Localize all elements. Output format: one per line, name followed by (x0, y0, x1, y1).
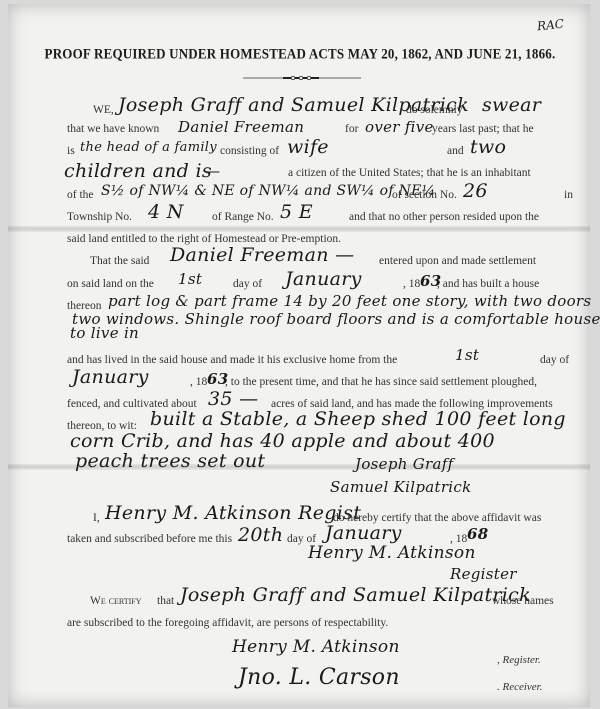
section-label: of section No. (392, 189, 457, 201)
that-the-said-label: That the said (90, 255, 149, 267)
for-label: for (345, 123, 358, 135)
do-solemnly-text: do solemnly (406, 104, 463, 116)
certification-day: 20th (238, 524, 283, 546)
range-number: 5 E (280, 201, 313, 223)
taken-subscribed-text: taken and subscribed before me this (67, 533, 232, 545)
citizen-text: a citizen of the United States; that he … (288, 167, 531, 179)
home-year-prefix: , 18 (190, 376, 207, 388)
year-prefix: , 18 (403, 278, 420, 290)
register-label: , Register. (497, 654, 541, 666)
affiant-signature-kilpatrick: Samuel Kilpatrick (330, 478, 471, 496)
improvements-line-2: corn Crib, and has 40 apple and about 40… (70, 430, 495, 452)
consisting-of-label: consisting of (220, 145, 279, 157)
built-house-text: , and has built a house (437, 278, 539, 290)
and-label: and (447, 145, 464, 157)
acres-cultivated: 35 — (208, 388, 258, 410)
house-description-line-1: part log & part frame 14 by 20 feet one … (108, 292, 591, 310)
in-label: in (564, 189, 573, 201)
section-number: 26 (463, 180, 488, 202)
document-title: PROOF REQUIRED UNDER HOMESTEAD ACTS MAY … (0, 45, 600, 63)
family-children: children and is (64, 160, 212, 182)
receiver-signature: Jno. L. Carson (238, 665, 400, 690)
house-description-line-3: to live in (70, 324, 139, 342)
family-member-count: two (470, 136, 506, 158)
settlement-day: 1st (178, 270, 202, 288)
register-title: Register (450, 565, 517, 583)
we-label: WE, (93, 104, 114, 116)
register-signature: Henry M. Atkinson (308, 543, 476, 563)
of-the-label: of the (67, 189, 94, 201)
improvements-line-3: peach trees set out (75, 450, 265, 472)
corner-annotation: RAC (536, 17, 564, 34)
register-signature-2: Henry M. Atkinson (232, 637, 400, 657)
years-known: over five (365, 118, 434, 136)
day-of-label: day of (233, 278, 262, 290)
receiver-label: . Receiver. (497, 681, 543, 693)
settler-name: Daniel Freeman — (170, 244, 354, 266)
range-label: of Range No. (212, 211, 274, 223)
that-label: that (157, 595, 174, 607)
settlement-month: January (285, 268, 362, 290)
certified-names: Joseph Graff and Samuel Kilpatrick (180, 584, 531, 606)
township-label: Township No. (67, 211, 132, 223)
years-last-past-text: years last past; that he (432, 123, 534, 135)
affiant-signature-graff: Joseph Graff (355, 455, 453, 473)
no-other-person-text: and that no other person resided upon th… (349, 211, 539, 223)
paper-fold (8, 226, 590, 232)
on-said-land-label: on said land on the (67, 278, 154, 290)
known-label: that we have known (67, 123, 159, 135)
swear-word: swear (482, 94, 541, 116)
certification-year: 68 (467, 525, 488, 543)
day-of-label-2: day of (540, 354, 569, 366)
certification-month: January (325, 522, 402, 544)
land-description: S½ of NW¼ & NE of NW¼ and SW¼ of NE¼ (101, 183, 436, 199)
house-description-line-2: two windows. Shingle roof board floors a… (72, 310, 600, 328)
family-status: the head of a family (80, 140, 217, 155)
we-certify-label: We certify (90, 595, 141, 607)
i-label: I, (93, 512, 100, 524)
improvements-line-1: built a Stable, a Sheep shed 100 feet lo… (150, 408, 566, 430)
certifying-officer: Henry M. Atkinson Regist (105, 502, 361, 524)
township-number: 4 N (148, 201, 184, 223)
dash: — (205, 162, 220, 180)
family-member-wife: wife (287, 136, 329, 158)
whose-names-text: whose names (492, 595, 554, 607)
home-month: January (72, 366, 149, 388)
present-time-text: , to the present time, and that he has s… (225, 376, 537, 388)
home-day: 1st (455, 346, 479, 364)
ornamental-divider (243, 76, 361, 80)
respectability-text: are subscribed to the foregoing affidavi… (67, 617, 388, 629)
entered-text: entered upon and made settlement (379, 255, 536, 267)
lived-text: and has lived in the said house and made… (67, 354, 397, 366)
claimant-name: Daniel Freeman (178, 118, 304, 136)
is-label: is (67, 145, 75, 157)
